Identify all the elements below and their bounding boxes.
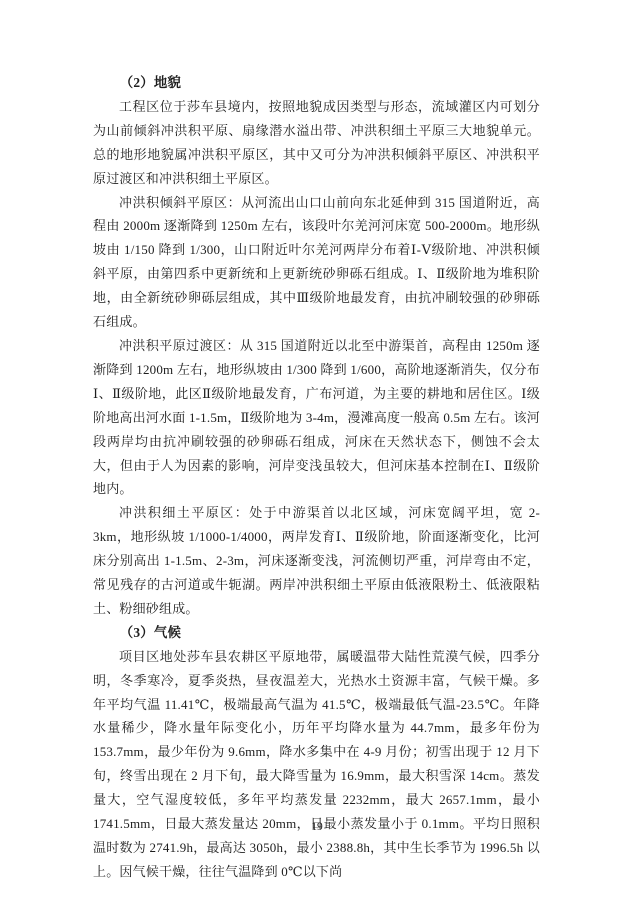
- paragraph-climate: 项目区地处莎车县农耕区平原地带，属暖温带大陆性荒漠气候，四季分明，冬季寒冷，夏季…: [93, 645, 540, 884]
- document-page: （2）地貌 工程区位于莎车县境内，按照地貌成因类型与形态，流域灌区内可划分为山前…: [0, 0, 634, 898]
- section-heading-landform: （2）地貌: [93, 71, 540, 95]
- section-heading-climate: （3）气候: [93, 621, 540, 645]
- paragraph-alluvial-plain-transition: 冲洪积平原过渡区：从 315 国道附近以北至中游渠首，高程由 1250m 逐渐降…: [93, 334, 540, 501]
- page-number: 19: [0, 821, 634, 833]
- paragraph-landform-overview: 工程区位于莎车县境内，按照地貌成因类型与形态，流域灌区内可划分为山前倾斜冲洪积平…: [93, 95, 540, 191]
- paragraph-alluvial-fine-soil-plain: 冲洪积细土平原区：处于中游渠首以北区域，河床宽阔平坦，宽 2-3km，地形纵坡 …: [93, 501, 540, 621]
- paragraph-alluvial-sloping-plain: 冲洪积倾斜平原区：从河流出山口山前向东北延伸到 315 国道附近，高程由 200…: [93, 191, 540, 334]
- page-body-text: （2）地貌 工程区位于莎车县境内，按照地貌成因类型与形态，流域灌区内可划分为山前…: [93, 71, 540, 884]
